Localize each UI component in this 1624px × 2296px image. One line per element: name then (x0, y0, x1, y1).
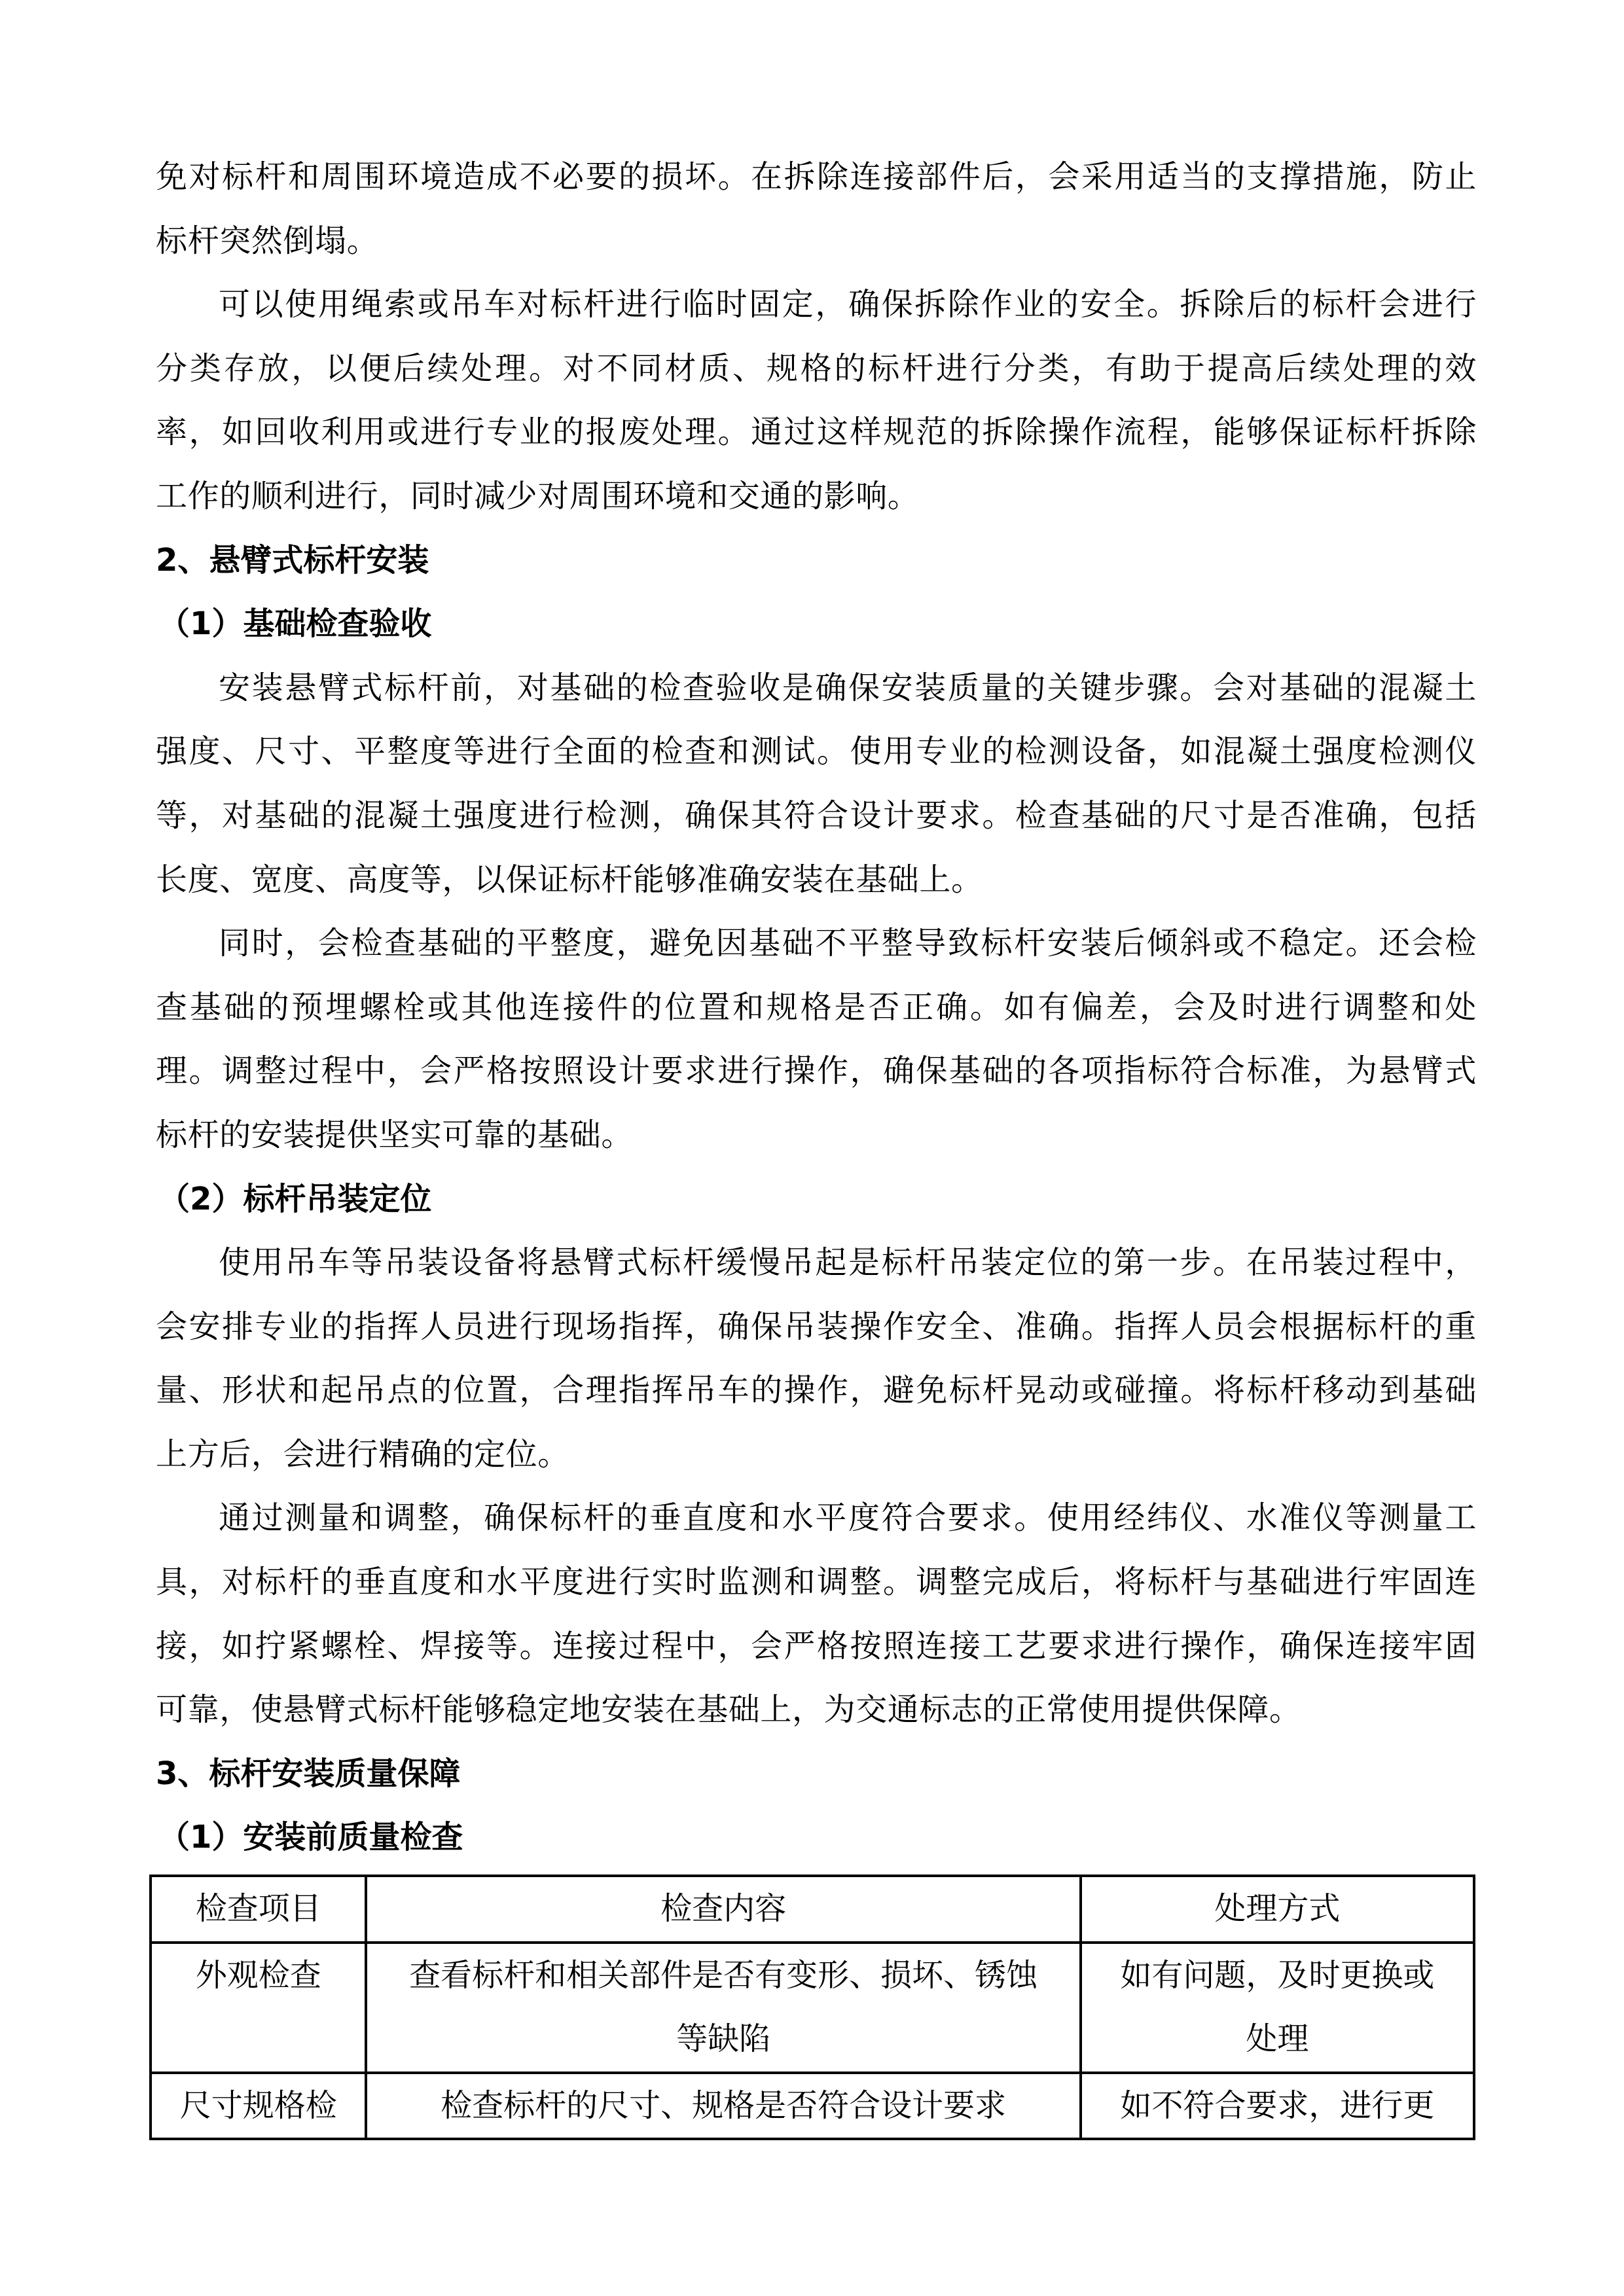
cell-handling-method: 如不符合要求，进行更 (1081, 2073, 1474, 2140)
cell-check-content: 查看标杆和相关部件是否有变形、损坏、锈蚀 等缺陷 (366, 1943, 1080, 2073)
section-heading-quality-assurance: 3、标杆安装质量保障 (156, 1742, 1477, 1806)
table-row: 尺寸规格检 检查标杆的尺寸、规格是否符合设计要求 如不符合要求，进行更 (151, 2073, 1474, 2140)
text-line: 具，对标杆的垂直度和水平度进行实时监测和调整。调整完成后，将标杆与基础进行牢固连 (156, 1551, 1477, 1615)
paragraph-measurement-adjustment: 通过测量和调整，确保标杆的垂直度和水平度符合要求。使用经纬仪、水准仪等测量工 具… (156, 1486, 1477, 1742)
paragraph-foundation-inspection: 安装悬臂式标杆前，对基础的检查验收是确保安装质量的关键步骤。会对基础的混凝土 强… (156, 656, 1477, 912)
table-row: 外观检查 查看标杆和相关部件是否有变形、损坏、锈蚀 等缺陷 如有问题，及时更换或… (151, 1943, 1474, 2073)
subsection-heading-foundation-check: （1）基础检查验收 (156, 592, 1477, 656)
cell-check-item: 外观检查 (151, 1943, 366, 2073)
paragraph-foundation-flatness: 同时，会检查基础的平整度，避免因基础不平整导致标杆安装后倾斜或不稳定。还会检 查… (156, 912, 1477, 1167)
text-line: 通过测量和调整，确保标杆的垂直度和水平度符合要求。使用经纬仪、水准仪等测量工 (156, 1486, 1477, 1551)
cell-handling-method: 如有问题，及时更换或 处理 (1081, 1943, 1474, 2073)
header-check-content: 检查内容 (366, 1876, 1080, 1943)
text-line: 上方后，会进行精确的定位。 (156, 1423, 1477, 1487)
text-line: 长度、宽度、高度等，以保证标杆能够准确安装在基础上。 (156, 848, 1477, 912)
cell-text: 尺寸规格检 (152, 2074, 365, 2138)
paragraph-continuation: 免对标杆和周围环境造成不必要的损坏。在拆除连接部件后，会采用适当的支撑措施，防止… (156, 145, 1477, 273)
cell-check-content: 检查标杆的尺寸、规格是否符合设计要求 (366, 2073, 1080, 2140)
text-line: 等，对基础的混凝土强度进行检测，确保其符合设计要求。检查基础的尺寸是否准确，包括 (156, 784, 1477, 848)
cell-text: 处理 (1082, 2007, 1473, 2072)
text-line: 可靠，使悬臂式标杆能够稳定地安装在基础上，为交通标志的正常使用提供保障。 (156, 1678, 1477, 1742)
cell-text: 等缺陷 (367, 2007, 1079, 2072)
cell-text: 查看标杆和相关部件是否有变形、损坏、锈蚀 (367, 1944, 1079, 2008)
text-line: 率，如回收利用或进行专业的报废处理。通过这样规范的拆除操作流程，能够保证标杆拆除 (156, 401, 1477, 465)
paragraph-hoisting: 使用吊车等吊装设备将悬臂式标杆缓慢吊起是标杆吊装定位的第一步。在吊装过程中， 会… (156, 1231, 1477, 1486)
text-line: 量、形状和起吊点的位置，合理指挥吊车的操作，避免标杆晃动或碰撞。将标杆移动到基础 (156, 1359, 1477, 1423)
text-line: 查基础的预埋螺栓或其他连接件的位置和规格是否正确。如有偏差，会及时进行调整和处 (156, 976, 1477, 1040)
text-line: 同时，会检查基础的平整度，避免因基础不平整导致标杆安装后倾斜或不稳定。还会检 (156, 912, 1477, 976)
text-line: 理。调整过程中，会严格按照设计要求进行操作，确保基础的各项指标符合标准，为悬臂式 (156, 1039, 1477, 1103)
subsection-heading-hoisting-positioning: （2）标杆吊装定位 (156, 1168, 1477, 1232)
cell-text: 如有问题，及时更换或 (1082, 1944, 1473, 2008)
text-line: 标杆突然倒塌。 (156, 209, 1477, 274)
text-line: 会安排专业的指挥人员进行现场指挥，确保吊装操作安全、准确。指挥人员会根据标杆的重 (156, 1295, 1477, 1359)
paragraph-removal-storage: 可以使用绳索或吊车对标杆进行临时固定，确保拆除作业的安全。拆除后的标杆会进行 分… (156, 273, 1477, 528)
cell-check-item: 尺寸规格检 (151, 2073, 366, 2140)
cell-text: 如不符合要求，进行更 (1082, 2074, 1473, 2138)
text-line: 强度、尺寸、平整度等进行全面的检查和测试。使用专业的检测设备，如混凝土强度检测仪 (156, 720, 1477, 784)
quality-check-table: 检查项目 检查内容 处理方式 外观检查 查看标杆和相关部件是否有变形、损坏、锈蚀… (149, 1874, 1475, 2140)
subsection-heading-pre-install-check: （1）安装前质量检查 (156, 1806, 1477, 1870)
header-check-item: 检查项目 (151, 1876, 366, 1943)
text-line: 免对标杆和周围环境造成不必要的损坏。在拆除连接部件后，会采用适当的支撑措施，防止 (156, 145, 1477, 209)
header-handling-method: 处理方式 (1081, 1876, 1474, 1943)
document-body: 免对标杆和周围环境造成不必要的损坏。在拆除连接部件后，会采用适当的支撑措施，防止… (156, 145, 1477, 1870)
cell-text: 检查标杆的尺寸、规格是否符合设计要求 (367, 2074, 1079, 2138)
text-line: 可以使用绳索或吊车对标杆进行临时固定，确保拆除作业的安全。拆除后的标杆会进行 (156, 273, 1477, 337)
text-line: 使用吊车等吊装设备将悬臂式标杆缓慢吊起是标杆吊装定位的第一步。在吊装过程中， (156, 1231, 1477, 1295)
text-line: 接，如拧紧螺栓、焊接等。连接过程中，会严格按照连接工艺要求进行操作，确保连接牢固 (156, 1615, 1477, 1679)
cell-text: 外观检查 (152, 1944, 365, 2008)
text-line: 工作的顺利进行，同时减少对周围环境和交通的影响。 (156, 465, 1477, 529)
table-header-row: 检查项目 检查内容 处理方式 (151, 1876, 1474, 1943)
text-line: 分类存放，以便后续处理。对不同材质、规格的标杆进行分类，有助于提高后续处理的效 (156, 337, 1477, 401)
text-line: 标杆的安装提供坚实可靠的基础。 (156, 1103, 1477, 1168)
text-line: 安装悬臂式标杆前，对基础的检查验收是确保安装质量的关键步骤。会对基础的混凝土 (156, 656, 1477, 721)
section-heading-cantilever-install: 2、悬臂式标杆安装 (156, 529, 1477, 593)
